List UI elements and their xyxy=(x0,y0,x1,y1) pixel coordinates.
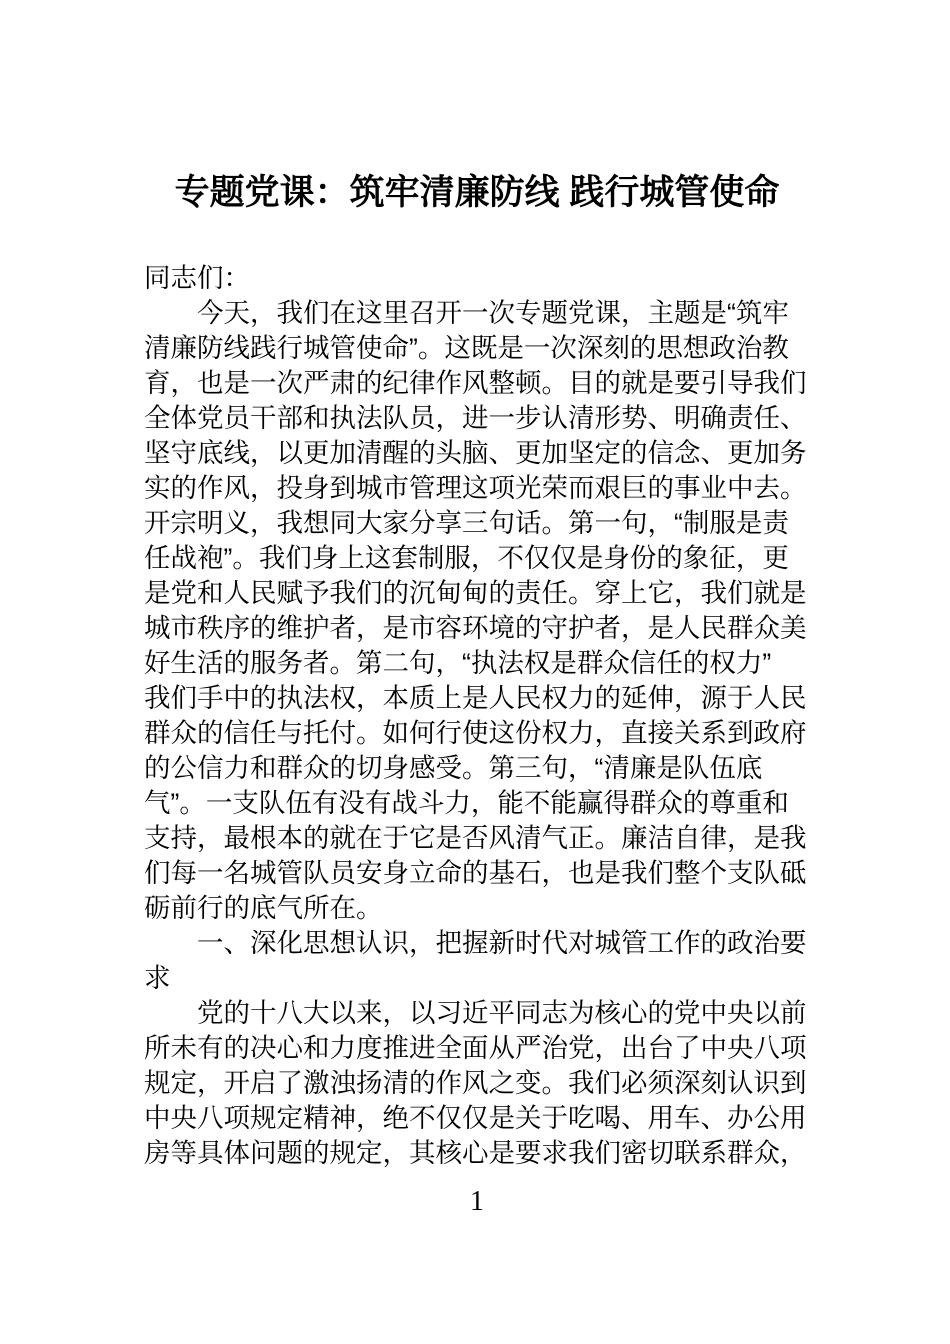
text-line: 们每一名城管队员安身立命的基石，也是我们整个支队砥 xyxy=(144,856,810,891)
text-line: 城市秩序的维护者，是市容环境的守护者，是人民群众美 xyxy=(144,611,810,646)
text-line: 全体党员干部和执法队员，进一步认清形势、明确责任、 xyxy=(144,401,810,436)
text-line: 清廉防线践行城管使命”。这既是一次深刻的思想政治教 xyxy=(144,331,810,366)
text-column: 专题党课：筑牢清廉防线 践行城管使命 同志们： 今天，我们在这里召开一次专题党课… xyxy=(144,0,810,1219)
text-line: 今天，我们在这里召开一次专题党课，主题是“筑牢 xyxy=(144,296,810,331)
page-footer: 1 xyxy=(144,1184,810,1219)
text-line: 坚守底线，以更加清醒的头脑、更加坚定的信念、更加务 xyxy=(144,436,810,471)
text-line: 的公信力和群众的切身感受。第三句，“清廉是队伍底 xyxy=(144,751,810,786)
text-line: 好生活的服务者。第二句，“执法权是群众信任的权力” xyxy=(144,646,810,681)
text-line: 开宗明义，我想同大家分享三句话。第一句，“制服是责 xyxy=(144,506,810,541)
text-line: 育，也是一次严肃的纪律作风整顿。目的就是要引导我们 xyxy=(144,366,810,401)
text-line: 党的十八大以来，以习近平同志为核心的党中央以前 xyxy=(144,996,810,1031)
salutation: 同志们： xyxy=(144,261,810,296)
text-line: 一、深化思想认识，把握新时代对城管工作的政治要 xyxy=(144,926,810,961)
text-line: 中央八项规定精神，绝不仅仅是关于吃喝、用车、办公用 xyxy=(144,1101,810,1136)
text-line: 我们手中的执法权，本质上是人民权力的延伸，源于人民 xyxy=(144,681,810,716)
text-line: 求 xyxy=(144,961,810,996)
document-page: 专题党课：筑牢清廉防线 践行城管使命 同志们： 今天，我们在这里召开一次专题党课… xyxy=(0,0,950,1344)
text-line: 群众的信任与托付。如何行使这份权力，直接关系到政府 xyxy=(144,716,810,751)
text-line: 实的作风，投身到城市管理这项光荣而艰巨的事业中去。 xyxy=(144,471,810,506)
page-number: 1 xyxy=(470,1186,484,1217)
paragraph-opening: 今天，我们在这里召开一次专题党课，主题是“筑牢清廉防线践行城管使命”。这既是一次… xyxy=(144,296,810,926)
document-title: 专题党课：筑牢清廉防线 践行城管使命 xyxy=(144,171,810,215)
text-line: 支持，最根本的就在于它是否风清气正。廉洁自律，是我 xyxy=(144,821,810,856)
text-line: 规定，开启了激浊扬清的作风之变。我们必须深刻认识到 xyxy=(144,1066,810,1101)
text-line: 气”。一支队伍有没有战斗力，能不能赢得群众的尊重和 xyxy=(144,786,810,821)
text-line: 所未有的决心和力度推进全面从严治党，出台了中央八项 xyxy=(144,1031,810,1066)
text-line: 任战袍”。我们身上这套制服，不仅仅是身份的象征，更 xyxy=(144,541,810,576)
text-line: 房等具体问题的规定，其核心是要求我们密切联系群众， xyxy=(144,1136,810,1171)
section-heading-1: 一、深化思想认识，把握新时代对城管工作的政治要求 xyxy=(144,926,810,996)
text-line: 砺前行的底气所在。 xyxy=(144,891,810,926)
text-line: 是党和人民赋予我们的沉甸甸的责任。穿上它，我们就是 xyxy=(144,576,810,611)
paragraph-section-1: 党的十八大以来，以习近平同志为核心的党中央以前所未有的决心和力度推进全面从严治党… xyxy=(144,996,810,1171)
document-body: 同志们： 今天，我们在这里召开一次专题党课，主题是“筑牢清廉防线践行城管使命”。… xyxy=(144,261,810,1171)
